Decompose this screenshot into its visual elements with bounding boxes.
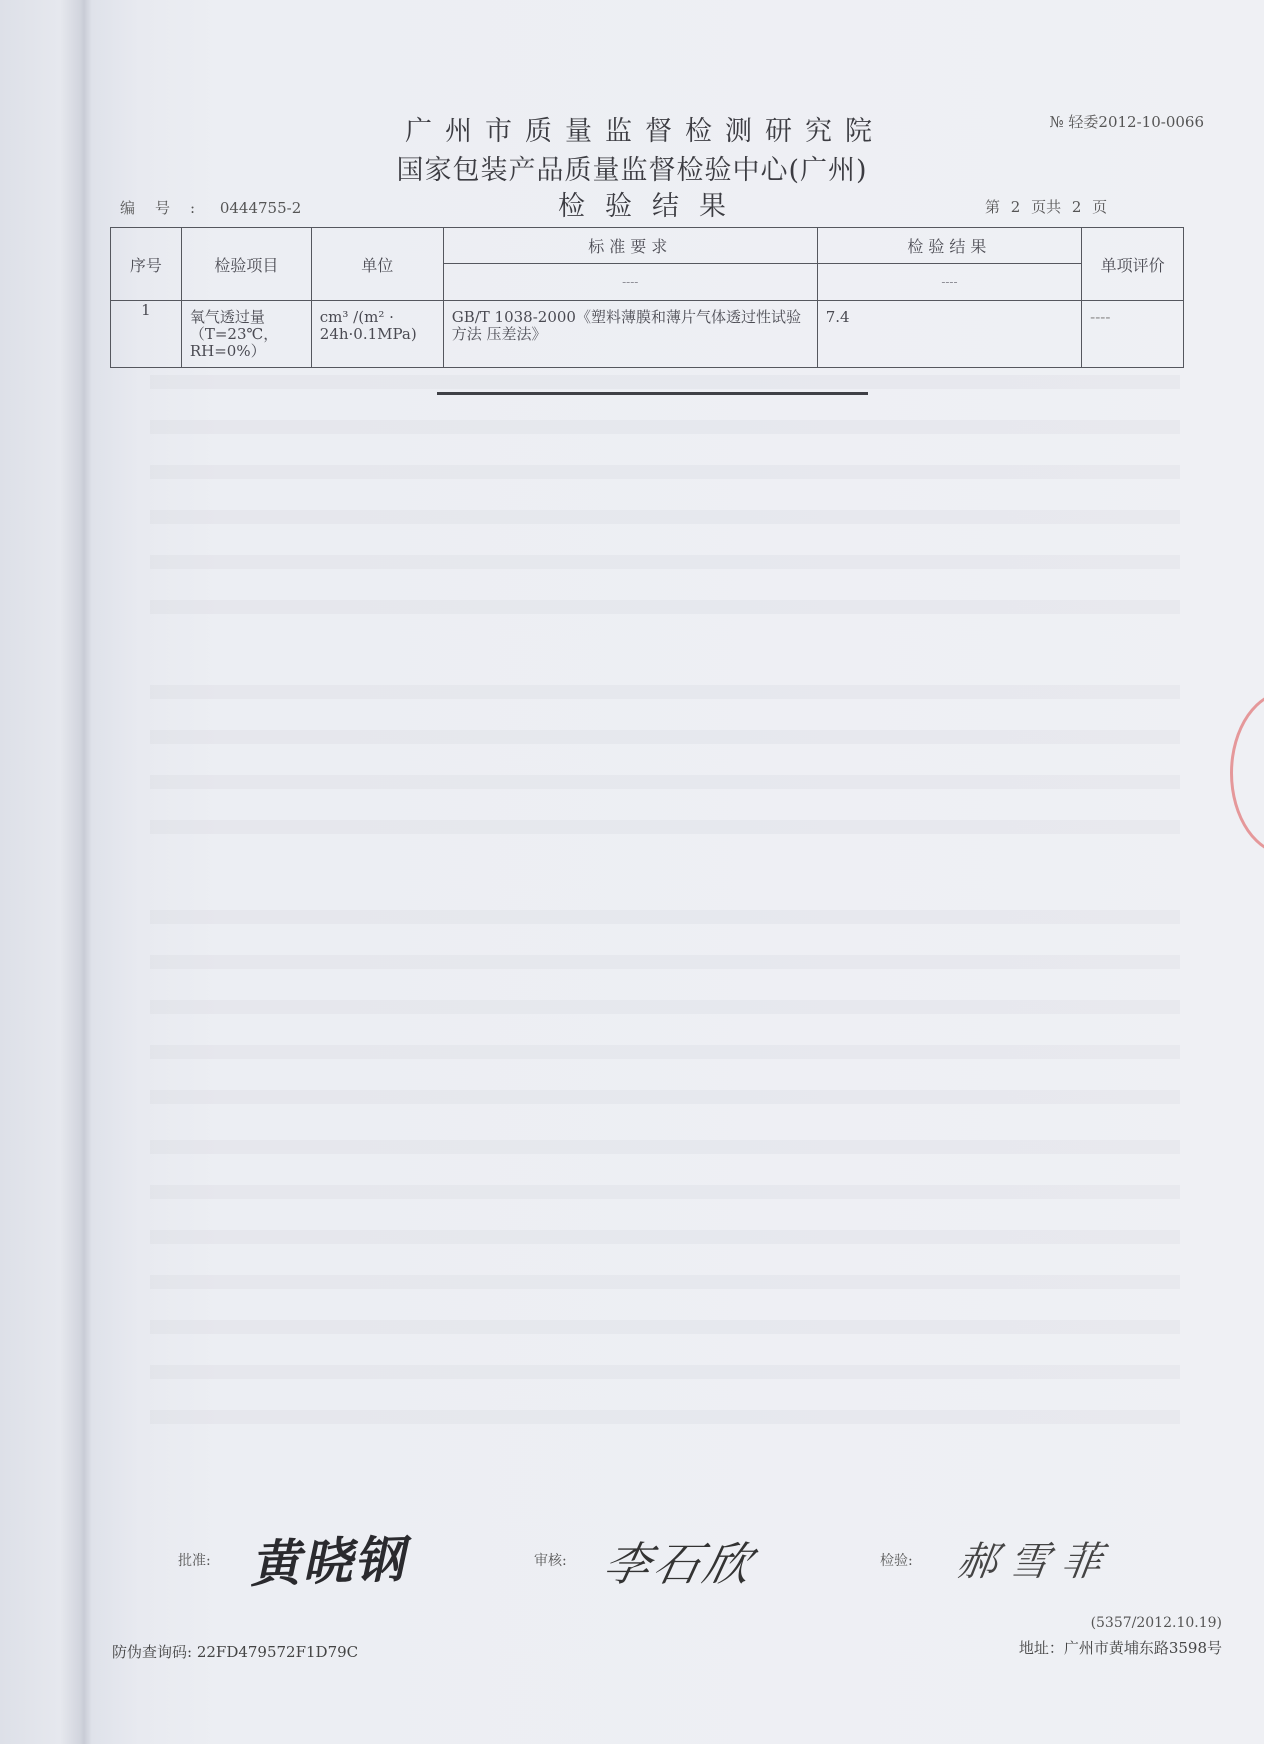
header-standard-sub: ---- — [443, 264, 817, 301]
item-condition-temp: （T=23℃， — [190, 326, 305, 343]
header-evaluation: 单项评价 — [1082, 228, 1184, 301]
review-signature: 李石欣 — [598, 1528, 762, 1594]
serial-value: 0444755-2 — [220, 199, 301, 217]
standard-text: GB/T 1038-2000《塑料薄膜和薄片气体透过性试验方法 压差法》 — [444, 301, 813, 343]
inspect-signature: 郝雪菲 — [954, 1530, 1118, 1587]
item-name: 氧气透过量 — [190, 309, 305, 326]
table-row: 1 氧气透过量 （T=23℃， RH=0%） cm³ /(m² · 24h·0.… — [111, 301, 1184, 368]
red-seal-stamp — [1230, 690, 1264, 856]
page-info: 第 2 页共 2 页 — [985, 196, 1107, 217]
review-label: 审核: — [534, 1550, 567, 1570]
approve-signature: 黄晓钢 — [249, 1519, 407, 1596]
serial-number: 编号: 0444755-2 — [120, 197, 301, 218]
anti-counterfeit-code: 防伪查询码: 22FD479572F1D79C — [112, 1641, 358, 1662]
report-note: (5357/2012.10.19) — [1091, 1615, 1222, 1631]
row-result: 7.4 — [817, 301, 1081, 368]
unit-line-2: 24h·0.1MPa) — [320, 326, 437, 343]
header-result-sub: ---- — [817, 264, 1081, 301]
row-index: 1 — [111, 301, 182, 368]
serial-label: 编号: — [120, 199, 215, 217]
result-value: 7.4 — [818, 301, 1081, 326]
address: 地址：广州市黄埔东路3598号 — [1019, 1637, 1222, 1658]
results-table: 序号 检验项目 单位 标准要求 检验结果 单项评价 ---- ---- 1 氧气… — [110, 227, 1184, 368]
header-unit: 单位 — [311, 228, 443, 301]
end-of-results-rule — [437, 392, 868, 395]
evaluation-value: ---- — [1082, 301, 1183, 326]
approve-label: 批准: — [178, 1550, 211, 1570]
header-index: 序号 — [111, 228, 182, 301]
unit-line-1: cm³ /(m² · — [320, 309, 437, 326]
row-item: 氧气透过量 （T=23℃， RH=0%） — [181, 301, 311, 368]
center-name: 国家包装产品质量监督检验中心(广州) — [0, 148, 1264, 187]
inspect-label: 检验: — [880, 1550, 913, 1570]
header-item: 检验项目 — [181, 228, 311, 301]
row-evaluation: ---- — [1082, 301, 1184, 368]
header-standard: 标准要求 — [443, 228, 817, 264]
row-unit: cm³ /(m² · 24h·0.1MPa) — [311, 301, 443, 368]
row-standard: GB/T 1038-2000《塑料薄膜和薄片气体透过性试验方法 压差法》 — [443, 301, 817, 368]
item-condition-rh: RH=0%） — [190, 343, 305, 360]
document-number: № 轻委2012-10-0066 — [1049, 111, 1204, 132]
header-result: 检验结果 — [817, 228, 1081, 264]
